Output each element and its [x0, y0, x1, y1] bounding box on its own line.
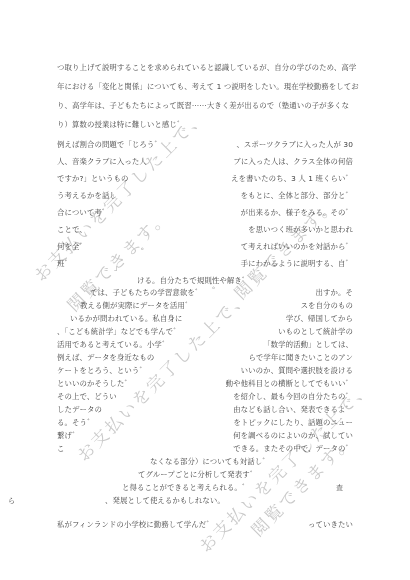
document-page: お支払いを完了した上で、閲覧できます。閲覧できます。お支払いを完了した上で、お支…	[0, 0, 410, 580]
paragraph2-line-left-fragment: ことで、	[57, 225, 87, 235]
erasure-artifact: 。	[141, 242, 148, 252]
paragraph2-line-left-fragment: う考えるかを話し	[57, 191, 117, 201]
paragraph3-line-left-fragment: と得ることができると考えられる。゛	[122, 483, 249, 493]
paragraph3-line-right-fragment: 「数学的活動」としては、	[263, 340, 353, 350]
paragraph3-line-left-fragment: 活用であると考えている。小学゛	[57, 340, 169, 350]
paragraph3-line-left-fragment: したデータの	[57, 405, 102, 415]
paragraph2-line-left-fragment: 何を全゛	[57, 242, 87, 252]
erasure-artifact: ʼ。	[210, 281, 219, 291]
paragraph2-line-right-fragment: 、スポーツクラブに入った人が 30	[236, 140, 353, 150]
paragraph3-line-right-fragment: を紹介し、最も今回の自分たちの゛	[233, 392, 353, 402]
paragraph3-line-left-fragment: 、発展として使えるかもしれない。	[105, 496, 225, 506]
paragraph3-line-right-fragment: らで学年に聞きたいことのアン	[248, 353, 353, 363]
paragraph1-line: つ取り上げて説明することを求められていると認識しているが、自分の学びのため、高学	[57, 63, 356, 73]
paragraph3-line-right-fragment: できる。またその中で、データの゛	[233, 444, 353, 454]
paragraph3-line-right-fragment: いいのか、質問や選択肢を設ける	[241, 366, 353, 376]
erasure-artifact: 査	[336, 483, 343, 493]
paragraph2-line-right-fragment: えを書いたのち、3 人 1 班くらい゛	[231, 174, 353, 184]
paragraph3-line-right-fragment: 何を調べるのによいのか、試してい	[233, 431, 353, 441]
paragraph3-line-right-fragment: いものとして統計学の	[278, 327, 353, 337]
paragraph3-line-left-fragment: こ	[57, 444, 65, 454]
paragraph2-line-left-fragment: ですか?」というもの	[57, 174, 128, 184]
closing-line-left-fragment: 私がフィンランドの小学校に勤務して学んだ゛	[57, 520, 214, 530]
paragraph2-line-left-fragment: 人、音楽クラブに入った人	[57, 157, 147, 167]
paragraph3-line-left-fragment: 、「こども統計学」などでも学んで゛	[57, 327, 181, 337]
paragraph3-line-left-fragment: ケートをとろう、という゛	[57, 366, 147, 376]
paragraph3-line-left-fragment: 教える側が実際にデータを活用゛	[80, 301, 192, 311]
paragraph2-line-right-fragment: 手にわかるように説明する、自゛	[241, 259, 353, 269]
paragraph1-line: 年における「変化と関係」についても、考えて 1 つ説明をしたい。現在学校勤務をし…	[57, 82, 359, 92]
paragraph3-line-right-fragment: 動や他科目との横断としてでもいい゛	[226, 379, 353, 389]
closing-line-right-fragment: っていきたい	[308, 520, 353, 530]
paragraph3-line-left-fragment: いるかが問われている。私自身に	[70, 314, 182, 324]
paragraph2-line-left-fragment: ける。自分たちで規則性や解き゛	[137, 276, 249, 286]
erasure-artifact: 」	[114, 263, 121, 273]
erasure-artifact: ら	[8, 496, 15, 506]
paragraph2-line-left-fragment: 班゛	[57, 259, 72, 269]
paragraph3-line-left-fragment: なくなる部分）についても対話し゛	[150, 457, 270, 467]
paragraph2-line-right-fragment: をもとに、全体と部分、部分と゛	[241, 191, 353, 201]
paragraph3-line-left-fragment: 例えば、データを身近なもの	[57, 353, 154, 363]
paragraph2-line-left-fragment: 例えば割合の問題で「じろう゛	[57, 140, 162, 150]
paragraph3-line-right-fragment: をトピックにしたり、話題のニュー	[233, 418, 353, 428]
paragraph3-line-right-fragment: スを自分のもの	[301, 301, 353, 311]
paragraph2-line-right-fragment: て考えればいいのかを対話から゛	[241, 242, 353, 252]
paragraph3-line-left-fragment: といいのかそうした゛	[57, 379, 132, 389]
paragraph3-line-right-fragment: 出すか。そ	[316, 288, 353, 298]
paragraph3-line-left-fragment: る。そう゛	[57, 418, 94, 428]
paragraph2-line-right-fragment: ブに入った人は、クラス全体の何倍	[233, 157, 353, 167]
paragraph3-line-left-fragment: 繋げ゛	[57, 431, 79, 441]
paragraph2-line-left-fragment: 合について考゛	[57, 208, 109, 218]
paragraph3-line-left-fragment: てグループごとに分析して発表す゛	[138, 470, 257, 480]
paragraph3-line-left-fragment: その上で、どうい	[57, 392, 117, 402]
paragraph3-line-right-fragment: 学び、帰国してから	[286, 314, 353, 324]
paragraph1-line: り、高学年は、子どもたちによって既習⋯⋯大きく差が出るので（塾通いの子が多くな	[57, 101, 349, 111]
paragraph2-line-right-fragment: を思いつく班が多いかと思われ	[248, 225, 353, 235]
paragraph1-line: り）算数の授業は特に難しいと感じ゛	[57, 120, 184, 130]
paragraph3-line-right-fragment: 由なども話し合い、発表できるよ゛	[233, 405, 353, 415]
paragraph3-line-left-fragment: ては、子どもたちの学習意欲を゛	[90, 288, 202, 298]
paragraph2-line-right-fragment: が出来るか、様子をみる。その゛	[241, 208, 353, 218]
